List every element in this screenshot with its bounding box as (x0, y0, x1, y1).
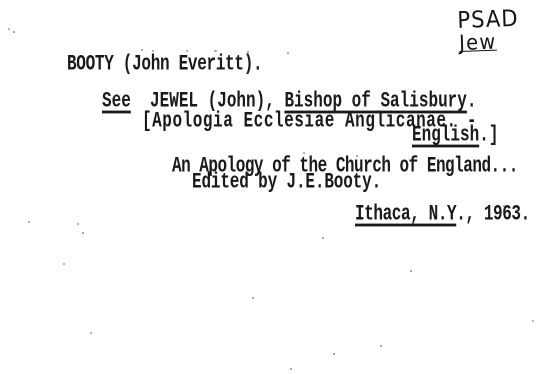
uniform-title-tail: .] (479, 122, 498, 147)
scan-speck (186, 50, 188, 52)
scan-speck (290, 368, 292, 370)
scan-speck (214, 50, 217, 52)
handwritten-classmark: PSAD Jew (457, 7, 520, 54)
scan-speck (63, 263, 65, 265)
scan-speck (532, 320, 534, 322)
uniform-title-line-2: English.] (412, 125, 498, 146)
scan-speck (380, 345, 382, 347)
scan-speck (252, 297, 254, 299)
scan-speck (77, 223, 79, 225)
imprint-line: Ithaca, N.Y., 1963. (355, 204, 530, 225)
imprint-tail: ., 1963. (456, 201, 530, 226)
scan-speck (90, 332, 92, 334)
scan-speck (28, 221, 30, 223)
edition-line: Edited by J.E.Booty. (192, 172, 381, 193)
scan-speck (333, 353, 335, 355)
imprint-place: Ithaca, N.Y (355, 201, 456, 226)
uniform-title-language: English (412, 122, 479, 147)
author-heading: BOOTY (John Everitt). (67, 54, 262, 75)
see-label: See (102, 88, 131, 113)
scan-speck (141, 49, 143, 51)
classmark-line-2: Jew (459, 31, 520, 54)
scan-speck (503, 205, 505, 207)
scan-speck (82, 232, 84, 234)
catalog-card: PSAD Jew BOOTY (John Everitt). See JEWEL… (0, 0, 550, 374)
scan-speck (287, 52, 289, 54)
scan-speck (13, 31, 15, 33)
scan-speck (247, 51, 249, 53)
scan-speck (322, 237, 324, 239)
scan-speck (410, 270, 412, 272)
scan-speck (8, 28, 10, 30)
scan-speck (303, 152, 305, 154)
scan-speck (152, 50, 154, 52)
scan-speck (356, 155, 358, 157)
